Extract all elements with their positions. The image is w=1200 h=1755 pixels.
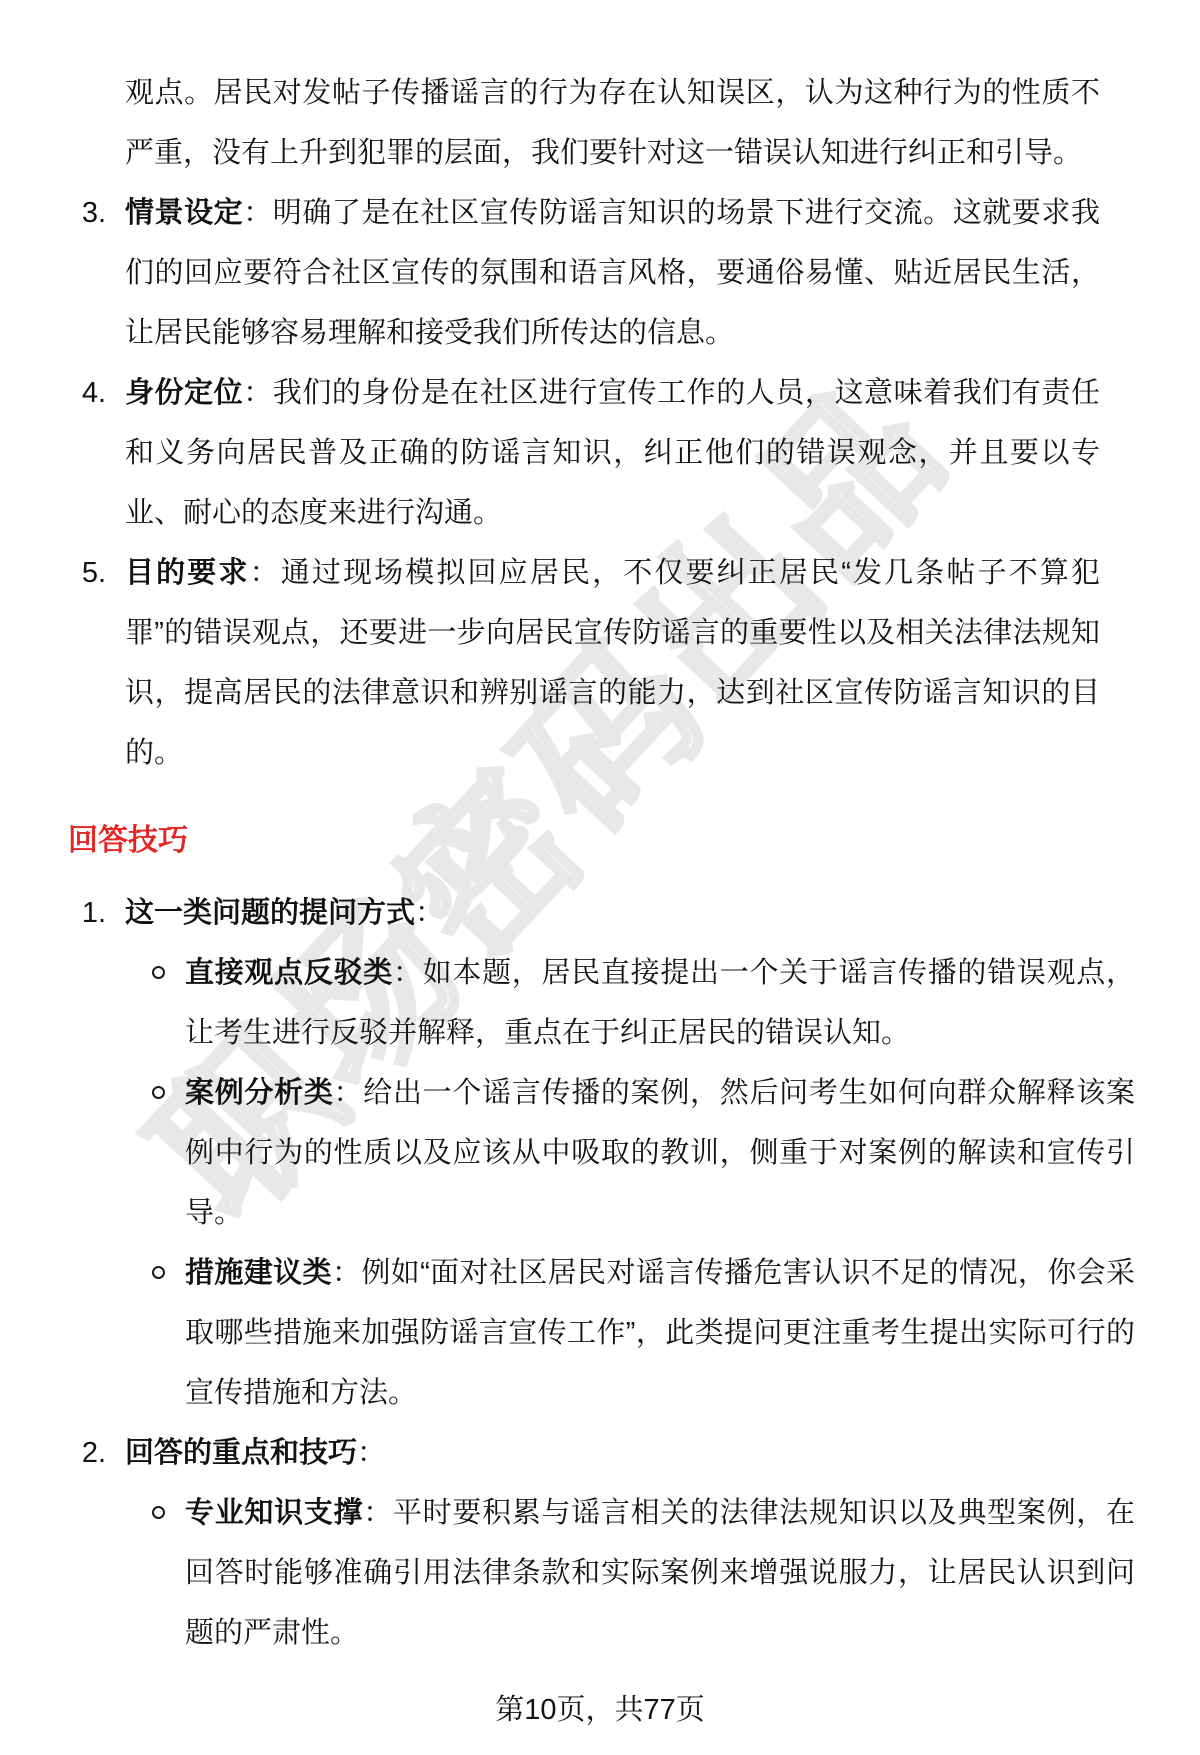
circle-bullet-icon — [152, 1086, 165, 1099]
item-number: 1. — [60, 883, 106, 943]
item-body: ：明确了是在社区宣传防谣言知识的场景下进行交流。这就要求我们的回应要符合社区宣传… — [125, 197, 1100, 349]
sub-item-label: 直接观点反驳类 — [185, 957, 393, 989]
document-body: 观点。居民对发帖子传播谣言的行为存在认知误区，认为这种行为的性质不严重，没有上升… — [0, 63, 1200, 1663]
item-body: ：通过现场模拟回应居民，不仅要纠正居民“发几条帖子不算犯罪”的错误观点，还要进一… — [125, 557, 1100, 769]
sub-item-professional-knowledge: 专业知识支撑：平时要积累与谣言相关的法律法规知识以及典型案例，在回答时能够准确引… — [185, 1483, 1135, 1663]
paragraph-continuation: 观点。居民对发帖子传播谣言的行为存在认知误区，认为这种行为的性质不严重，没有上升… — [125, 63, 1100, 183]
section-heading: 回答技巧 — [68, 811, 1200, 871]
sub-item-label: 措施建议类 — [185, 1257, 332, 1289]
technique-item-2: 2.回答的重点和技巧： — [125, 1423, 1100, 1483]
sub-item-label: 案例分析类 — [185, 1077, 334, 1109]
sub-item-measures-suggestion: 措施建议类：例如“面对社区居民对谣言传播危害认识不足的情况，你会采取哪些措施来加… — [185, 1243, 1135, 1423]
item-label: 情景设定 — [125, 197, 243, 229]
item-number: 3. — [60, 183, 106, 243]
technique-item-1: 1.这一类问题的提问方式： — [125, 883, 1100, 943]
item-label: 这一类问题的提问方式 — [125, 897, 415, 929]
item-number: 5. — [60, 543, 106, 603]
item-body: ： — [415, 897, 444, 929]
numbered-item-5: 5.目的要求：通过现场模拟回应居民，不仅要纠正居民“发几条帖子不算犯罪”的错误观… — [125, 543, 1100, 783]
circle-bullet-icon — [152, 1506, 165, 1519]
numbered-item-3: 3.情景设定：明确了是在社区宣传防谣言知识的场景下进行交流。这就要求我们的回应要… — [125, 183, 1100, 363]
document-page: 职场密码出品 观点。居民对发帖子传播谣言的行为存在认知误区，认为这种行为的性质不… — [0, 0, 1200, 1755]
numbered-item-4: 4.身份定位：我们的身份是在社区进行宣传工作的人员，这意味着我们有责任和义务向居… — [125, 363, 1100, 543]
item-label: 身份定位 — [125, 377, 243, 409]
sub-item-label: 专业知识支撑 — [185, 1497, 363, 1529]
sub-item-case-analysis: 案例分析类：给出一个谣言传播的案例，然后问考生如何向群众解释该案例中行为的性质以… — [185, 1063, 1135, 1243]
page-footer: 第10页，共77页 — [0, 1680, 1200, 1740]
item-number: 2. — [60, 1423, 106, 1483]
item-number: 4. — [60, 363, 106, 423]
item-body: ： — [357, 1437, 386, 1469]
circle-bullet-icon — [152, 1266, 165, 1279]
item-label: 回答的重点和技巧 — [125, 1437, 357, 1469]
item-label: 目的要求 — [125, 557, 250, 589]
sub-item-direct-rebuttal: 直接观点反驳类：如本题，居民直接提出一个关于谣言传播的错误观点，让考生进行反驳并… — [185, 943, 1135, 1063]
item-body: ：我们的身份是在社区进行宣传工作的人员，这意味着我们有责任和义务向居民普及正确的… — [125, 377, 1100, 529]
circle-bullet-icon — [152, 966, 165, 979]
